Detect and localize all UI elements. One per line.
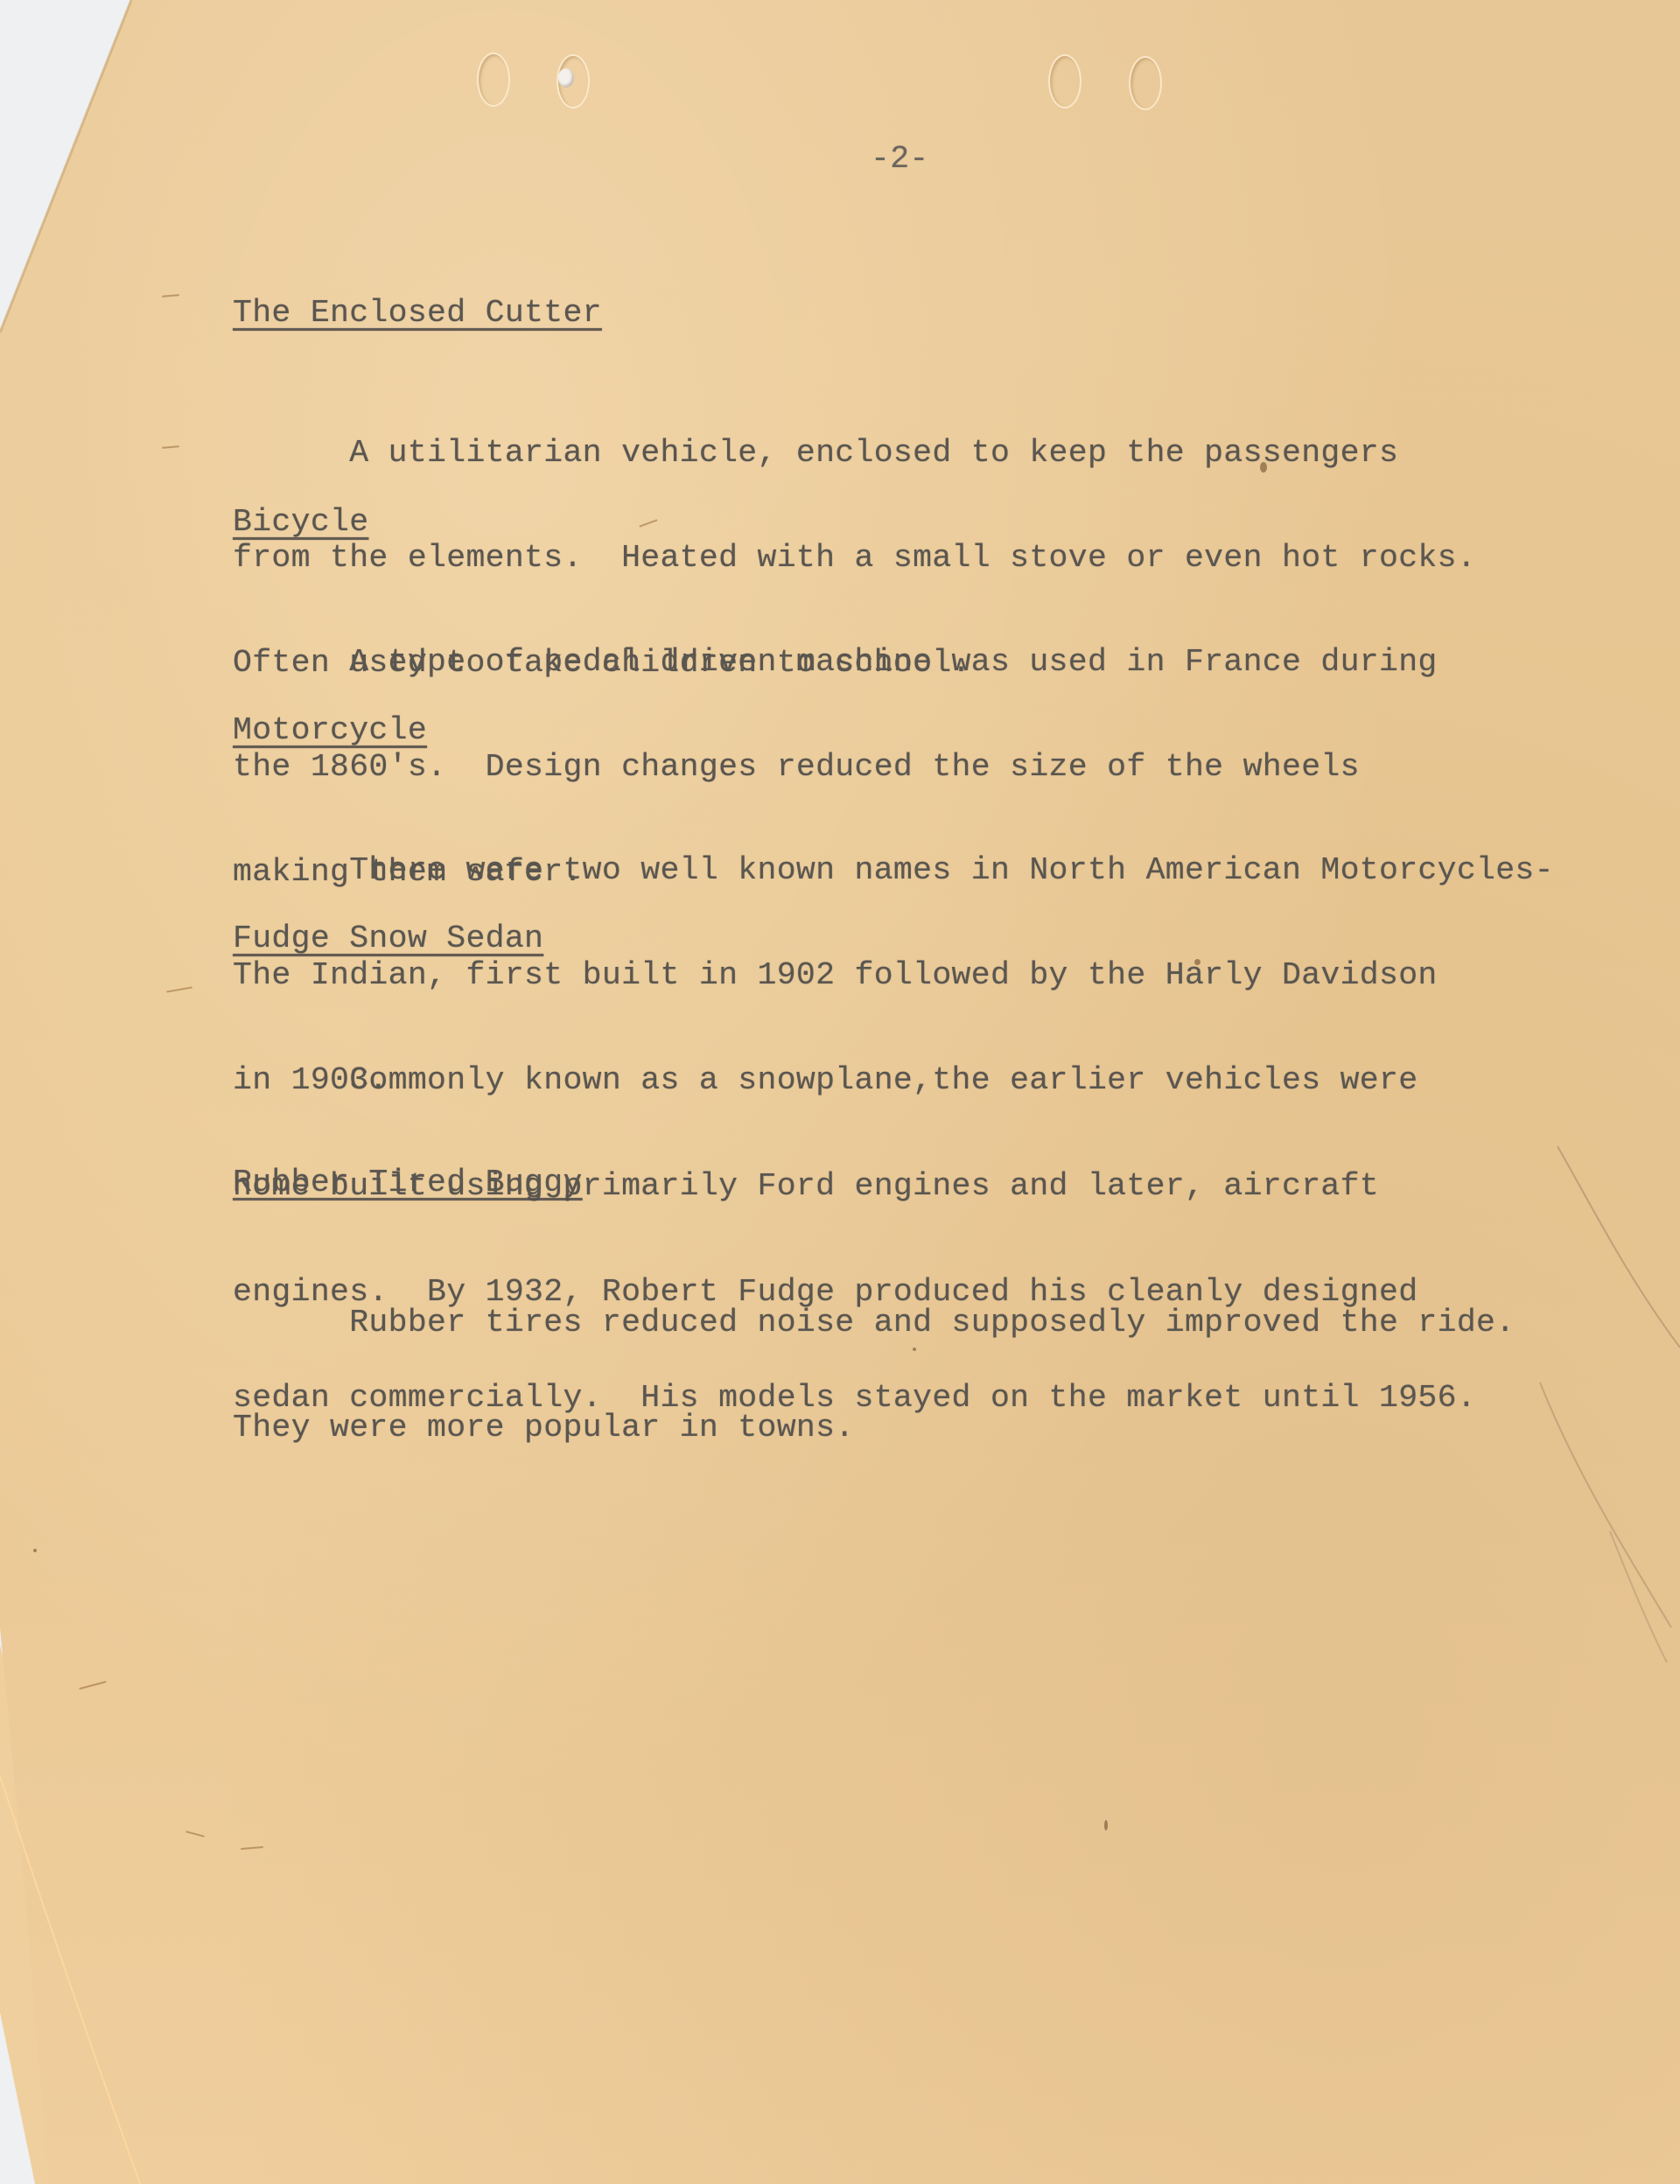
section-heading: Rubber Tired Buggy — [233, 1165, 583, 1200]
paragraph-line: Commonly known as a snowplane,the earlie… — [233, 1063, 1668, 1099]
paragraph-line: They were more popular in towns. — [233, 1410, 1668, 1445]
paragraph-line: Rubber tires reduced noise and supposedl… — [233, 1305, 1668, 1340]
paragraph-line: A type of pedal driven machine was used … — [233, 645, 1668, 680]
section-heading: Motorcycle — [233, 713, 427, 748]
paragraph-line: There were two well known names in North… — [233, 853, 1668, 888]
paragraph-line: A utilitarian vehicle, enclosed to keep … — [233, 436, 1668, 471]
typewritten-document: -2- The Enclosed Cutter A utilitarian ve… — [0, 0, 1680, 2184]
section-rubber-tired-buggy: Rubber Tired Buggy Rubber tires reduced … — [233, 1165, 1668, 1515]
scanned-page: -2- The Enclosed Cutter A utilitarian ve… — [0, 0, 1680, 2184]
section-heading: The Enclosed Cutter — [233, 296, 602, 331]
section-paragraph: Rubber tires reduced noise and supposedl… — [233, 1235, 1668, 1515]
section-heading: Bicycle — [233, 505, 368, 540]
section-heading: Fudge Snow Sedan — [233, 921, 543, 956]
page-number: -2- — [871, 142, 929, 177]
